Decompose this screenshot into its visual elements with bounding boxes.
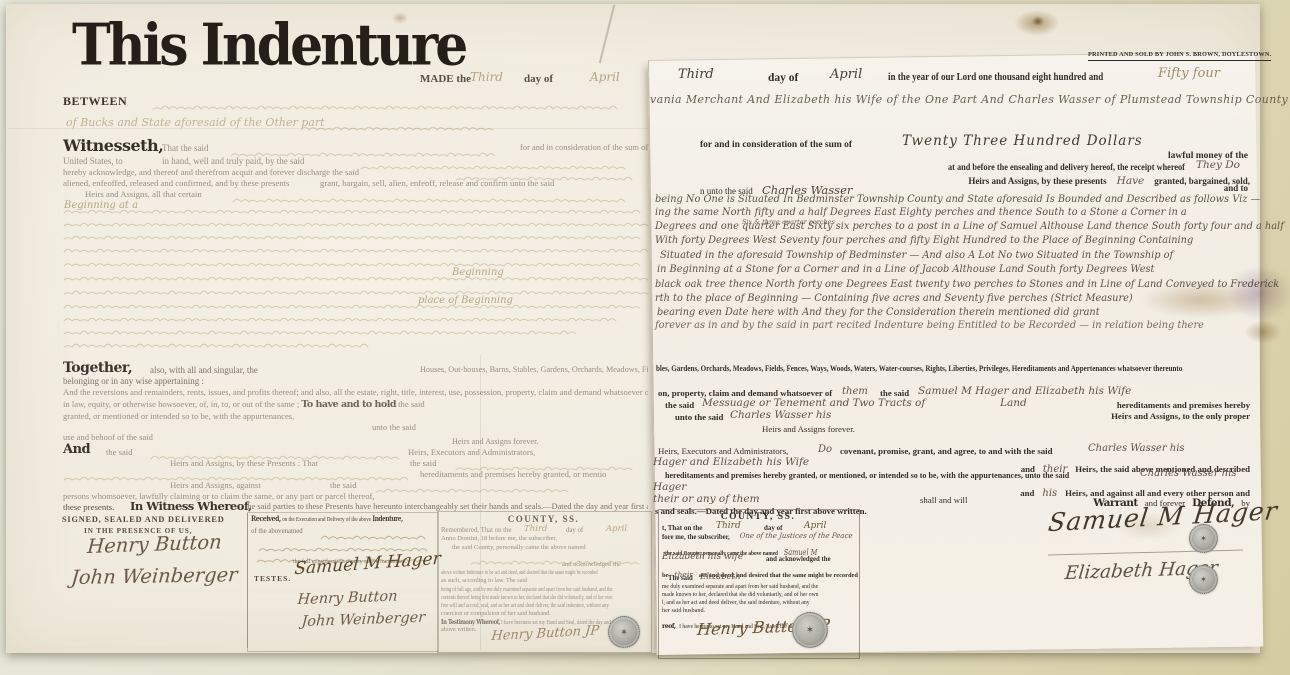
ack-right-line2-script: One of the Justices of the Peace bbox=[739, 532, 853, 540]
ack-left-dayof: day of bbox=[566, 527, 583, 534]
ack-right-line6-script: Elizabeth bbox=[700, 573, 741, 582]
faint-script-line bbox=[63, 216, 651, 225]
faint-script-line bbox=[375, 482, 575, 491]
ack-left-line10: coercion or compulsion of her said husba… bbox=[441, 611, 551, 618]
the-said-3: the said bbox=[330, 481, 357, 490]
witness-signature-henry-button: Henry Button bbox=[87, 532, 223, 557]
ack-left-line2: Anno Domini, 18 before me, the subscribe… bbox=[441, 536, 557, 543]
heirs-forever-right: Heirs and Assigns forever. bbox=[762, 425, 855, 434]
left-fragment-beginning-2: Beginning bbox=[452, 268, 504, 279]
have-script: Have bbox=[1117, 175, 1145, 187]
inlaw-line: in law, equity, or otherwise howsoever, … bbox=[63, 400, 425, 410]
the-said-2: the said bbox=[410, 459, 437, 468]
consideration-amount: Twenty Three Hundred Dollars bbox=[902, 134, 1143, 148]
faint-script-line bbox=[232, 192, 632, 201]
together-also: also, with all and singular, the bbox=[150, 366, 258, 375]
the-said-b: the said bbox=[665, 401, 694, 410]
between-left-line2: of Bucks and State aforesaid of the Othe… bbox=[66, 117, 325, 129]
ack-right-line11-a: reof, bbox=[662, 622, 676, 630]
month-script-left: April bbox=[590, 71, 620, 84]
reversions-line: And the reversions and remainders, rents… bbox=[63, 388, 648, 397]
his-script: his bbox=[1042, 488, 1057, 499]
them-script: them bbox=[842, 387, 868, 398]
heirs-exec-right: Heirs, Executors and Administrators, bbox=[658, 447, 788, 456]
signed-sealed-delivered: SIGNED, SEALED AND DELIVERED bbox=[62, 516, 225, 525]
to-have-and-hold: To have and to hold bbox=[301, 399, 396, 410]
year-phrase: in the year of our Lord one thousand eig… bbox=[888, 72, 1103, 83]
made-the-label-left: MADE the bbox=[420, 74, 471, 86]
they-do-script: They Do bbox=[1196, 160, 1240, 171]
together-heading: Together, bbox=[63, 361, 132, 376]
faint-script-line bbox=[63, 242, 651, 251]
left-fragment-beginning: Beginning at a bbox=[64, 201, 138, 212]
ack-right-acknowledged: and acknowledged the bbox=[766, 556, 831, 563]
scanned-indenture-document: This Indenture MADE the Third day of Apr… bbox=[0, 0, 1290, 675]
faint-script-line bbox=[63, 470, 413, 479]
house-list-right: bles, Gardens, Orchards, Meadows, Fields… bbox=[656, 365, 1182, 373]
witness-signature-john-weinberger: John Weinberger bbox=[70, 565, 238, 588]
property-line-1: being No One is Situated In Bedminster T… bbox=[655, 195, 1260, 205]
ack-right-line1: t, That on the bbox=[662, 525, 702, 532]
acknowledge-line: hereby acknowledge, and thereof and ther… bbox=[63, 168, 359, 177]
property-line-6: in Beginning at a Stone for a Corner and… bbox=[657, 265, 1154, 275]
and-the-said: the said bbox=[106, 448, 133, 457]
ack-left-line1: Remembered, That on the bbox=[441, 527, 511, 534]
that-the-said: That the said bbox=[162, 144, 209, 153]
faint-script-line bbox=[63, 256, 646, 265]
hereditaments-right: hereditaments and premises hereby bbox=[1117, 401, 1250, 410]
consideration-label-right: for and in consideration of the sum of bbox=[700, 141, 852, 151]
faint-script-line bbox=[230, 146, 500, 155]
testes-label: TESTES. bbox=[254, 575, 291, 583]
title-blackletter: This Indenture bbox=[72, 16, 465, 76]
do-script: Do bbox=[818, 445, 832, 456]
presents-that-line: Heirs and Assigns, by these Presents : T… bbox=[170, 459, 318, 468]
ack-right-line2: fore me, the subscriber, bbox=[662, 534, 730, 541]
heirs-certain-line: Heirs and Assigns, all that certain bbox=[85, 190, 202, 199]
ack-left-line9: free will and accord, seal, and as her a… bbox=[441, 603, 609, 610]
grant-line: grant, bargain, sell, alien, enfeoff, re… bbox=[320, 179, 554, 188]
ack-left-line7: being of full age, and by me duly examin… bbox=[441, 587, 613, 594]
property-line-8: rth to the place of Beginning — Containi… bbox=[655, 294, 1133, 304]
property-line-9: bearing even Date here with And they for… bbox=[657, 308, 1100, 318]
in-witness-whereof: In Witness Whereof, bbox=[130, 500, 252, 512]
hereditaments-left: hereditaments and premises hereby grante… bbox=[420, 470, 648, 479]
faint-script-line bbox=[150, 449, 400, 458]
day-script-left: Third bbox=[470, 71, 503, 84]
indenture-word: Indenture, bbox=[372, 514, 402, 523]
property-line-3: Degrees and one quarter East Sixty six p… bbox=[655, 222, 1284, 232]
property-line-4: With forty Degrees West Seventy four per… bbox=[655, 236, 1193, 246]
in-testimony-whereof: In Testimony Whereof, bbox=[441, 618, 500, 626]
hager-script: Hager bbox=[653, 482, 686, 493]
hager-wife-script: Hager and Elizabeth his Wife bbox=[653, 457, 809, 468]
ack-left-day: Third bbox=[524, 525, 547, 534]
ack-left-line3: the said County, personally came the abo… bbox=[452, 545, 586, 552]
ack-right-day: Third bbox=[716, 522, 741, 531]
granted-line-left: granted, or mentioned or intended so to … bbox=[63, 412, 294, 421]
faint-script-line bbox=[63, 203, 648, 212]
use-behoof-line: use and behoof of the said bbox=[63, 433, 153, 442]
ack-right-line6: The said bbox=[668, 575, 693, 582]
between-right-script: vania Merchant And Elizabeth his Wife of… bbox=[650, 94, 1288, 106]
shall-and-will: shall and will bbox=[920, 496, 967, 505]
against-line: Heirs and Assigns, against bbox=[170, 481, 261, 490]
ack-left-line5: above written Indenture to be act and de… bbox=[441, 570, 598, 577]
property-line-7: black oak tree thence North forty one De… bbox=[655, 280, 1279, 290]
presents-row: Heirs and Assigns, by these presents Hav… bbox=[968, 172, 1250, 189]
faint-script-line bbox=[152, 99, 622, 108]
aliened-line: aliened, enfeoffed, released and confirm… bbox=[63, 179, 289, 188]
inlaw-post: the said bbox=[398, 399, 425, 409]
county-ss-right: COUNTY, SS. bbox=[658, 513, 858, 523]
hereditaments-granted-right: hereditaments and premises hereby grante… bbox=[665, 472, 1069, 481]
between-label: BETWEEN bbox=[63, 95, 127, 108]
grantee-his-script-2: Charles Wasser his bbox=[1088, 444, 1185, 455]
faint-script-line bbox=[320, 529, 428, 538]
faint-script-line bbox=[360, 159, 630, 168]
faint-script-line bbox=[300, 120, 500, 129]
faint-script-line bbox=[63, 270, 649, 279]
faint-script-line bbox=[63, 284, 651, 293]
ack-right-line7: me duly examined separate and apart from… bbox=[662, 584, 818, 591]
abovenamed-line: of the abovenamed bbox=[251, 528, 303, 535]
unto-the-said-left: unto the said bbox=[372, 423, 416, 432]
unto-the-said-c: unto the said bbox=[675, 413, 723, 422]
and-heading: And bbox=[63, 443, 90, 457]
embossed-seal: ✶ bbox=[608, 616, 640, 648]
united-states-line: United States, to bbox=[63, 157, 123, 166]
faint-script-line bbox=[63, 311, 623, 320]
day-of-label-left: day of bbox=[524, 74, 553, 86]
witnesseth-heading: Witnesseth, bbox=[63, 138, 163, 155]
belonging-line: belonging or in any wise appertaining : bbox=[63, 377, 204, 386]
printer-imprint: PRINTED AND SOLD BY JOHN S. BROWN, DOYLE… bbox=[1088, 52, 1271, 61]
faint-script-line bbox=[455, 460, 640, 469]
presents-line: Heirs and Assigns, by these presents bbox=[968, 176, 1106, 186]
faint-script-line bbox=[63, 337, 373, 346]
grantors-script: Samuel M Hager and Elizabeth his Wife bbox=[918, 386, 1131, 397]
only-proper-line: Heirs and Assigns, to the only proper bbox=[1111, 412, 1250, 421]
ack-right-line10: her said husband. bbox=[662, 608, 705, 615]
ack-left-line8: contents thereof being first made known … bbox=[441, 595, 612, 602]
embossed-seal: ✶ bbox=[1189, 524, 1218, 553]
ack-right-line9: l, and as her act and deed deliver, the … bbox=[662, 600, 810, 607]
and-word-2: and bbox=[1020, 488, 1034, 498]
covenant-line: covenant, promise, grant, and agree, to … bbox=[840, 447, 1053, 456]
year-value-script: Fifty four bbox=[1158, 67, 1220, 81]
ack-right-elizabeth-script: Elizabeth his wife bbox=[662, 553, 743, 562]
received-heading: Received, on the Execution and Delivery … bbox=[251, 515, 403, 524]
messuage-script: Messuage or Tenement and Two Tracts of bbox=[702, 398, 925, 409]
grantee-his-script-3: Charles Wasser his bbox=[1140, 469, 1237, 480]
month-script-right: April bbox=[830, 68, 862, 82]
faint-script-line bbox=[63, 324, 583, 333]
day-of-label-right: day of bbox=[768, 72, 798, 84]
faint-script-line bbox=[63, 298, 646, 307]
embossed-seal: ✶ bbox=[1189, 565, 1218, 594]
ack-left-line6: as such, according to law. The said bbox=[441, 578, 527, 585]
property-line-10: forever as in and by the said in part re… bbox=[655, 321, 1204, 331]
embossed-seal: ✶ bbox=[792, 612, 828, 648]
heirs-forever-left: Heirs and Assigns forever. bbox=[452, 438, 538, 447]
received-tail: on the Execution and Delivery of the abo… bbox=[282, 516, 371, 523]
property-line-2: ing the same North fifty and a half Degr… bbox=[655, 208, 1187, 218]
inlaw-pre: in law, equity, or otherwise howsoever, … bbox=[63, 399, 299, 409]
property-line-5: Situated in the aforesaid Township of Be… bbox=[660, 251, 1173, 261]
ack-right-line8: made known to her, declared that she did… bbox=[662, 592, 819, 599]
and-to: and to bbox=[1224, 184, 1248, 193]
consideration-label-left: for and in consideration of the sum of bbox=[520, 143, 648, 152]
faint-script-line bbox=[63, 229, 647, 238]
in-hand-line: in hand, well and truly paid, by the sai… bbox=[162, 157, 304, 166]
day-script-right: Third bbox=[678, 68, 714, 82]
left-fragment-place: place of Beginning bbox=[418, 296, 513, 307]
grantee-his-script: Charles Wasser his bbox=[730, 410, 831, 421]
land-script: Land bbox=[1000, 398, 1027, 409]
faint-script-line bbox=[258, 541, 428, 550]
house-list-left: Houses, Out-houses, Barns, Stables, Gard… bbox=[420, 366, 648, 375]
received-word: Received, bbox=[251, 514, 281, 523]
these-presents: these presents. bbox=[63, 503, 114, 512]
heirs-exec-left: Heirs, Executors and Administrators, bbox=[408, 448, 535, 457]
their-any-script: their or any of them bbox=[653, 494, 760, 505]
ack-left-line4: and acknowledged the bbox=[562, 562, 621, 569]
ack-left-line12: above written. bbox=[441, 627, 476, 634]
ack-left-month: April bbox=[606, 525, 627, 534]
